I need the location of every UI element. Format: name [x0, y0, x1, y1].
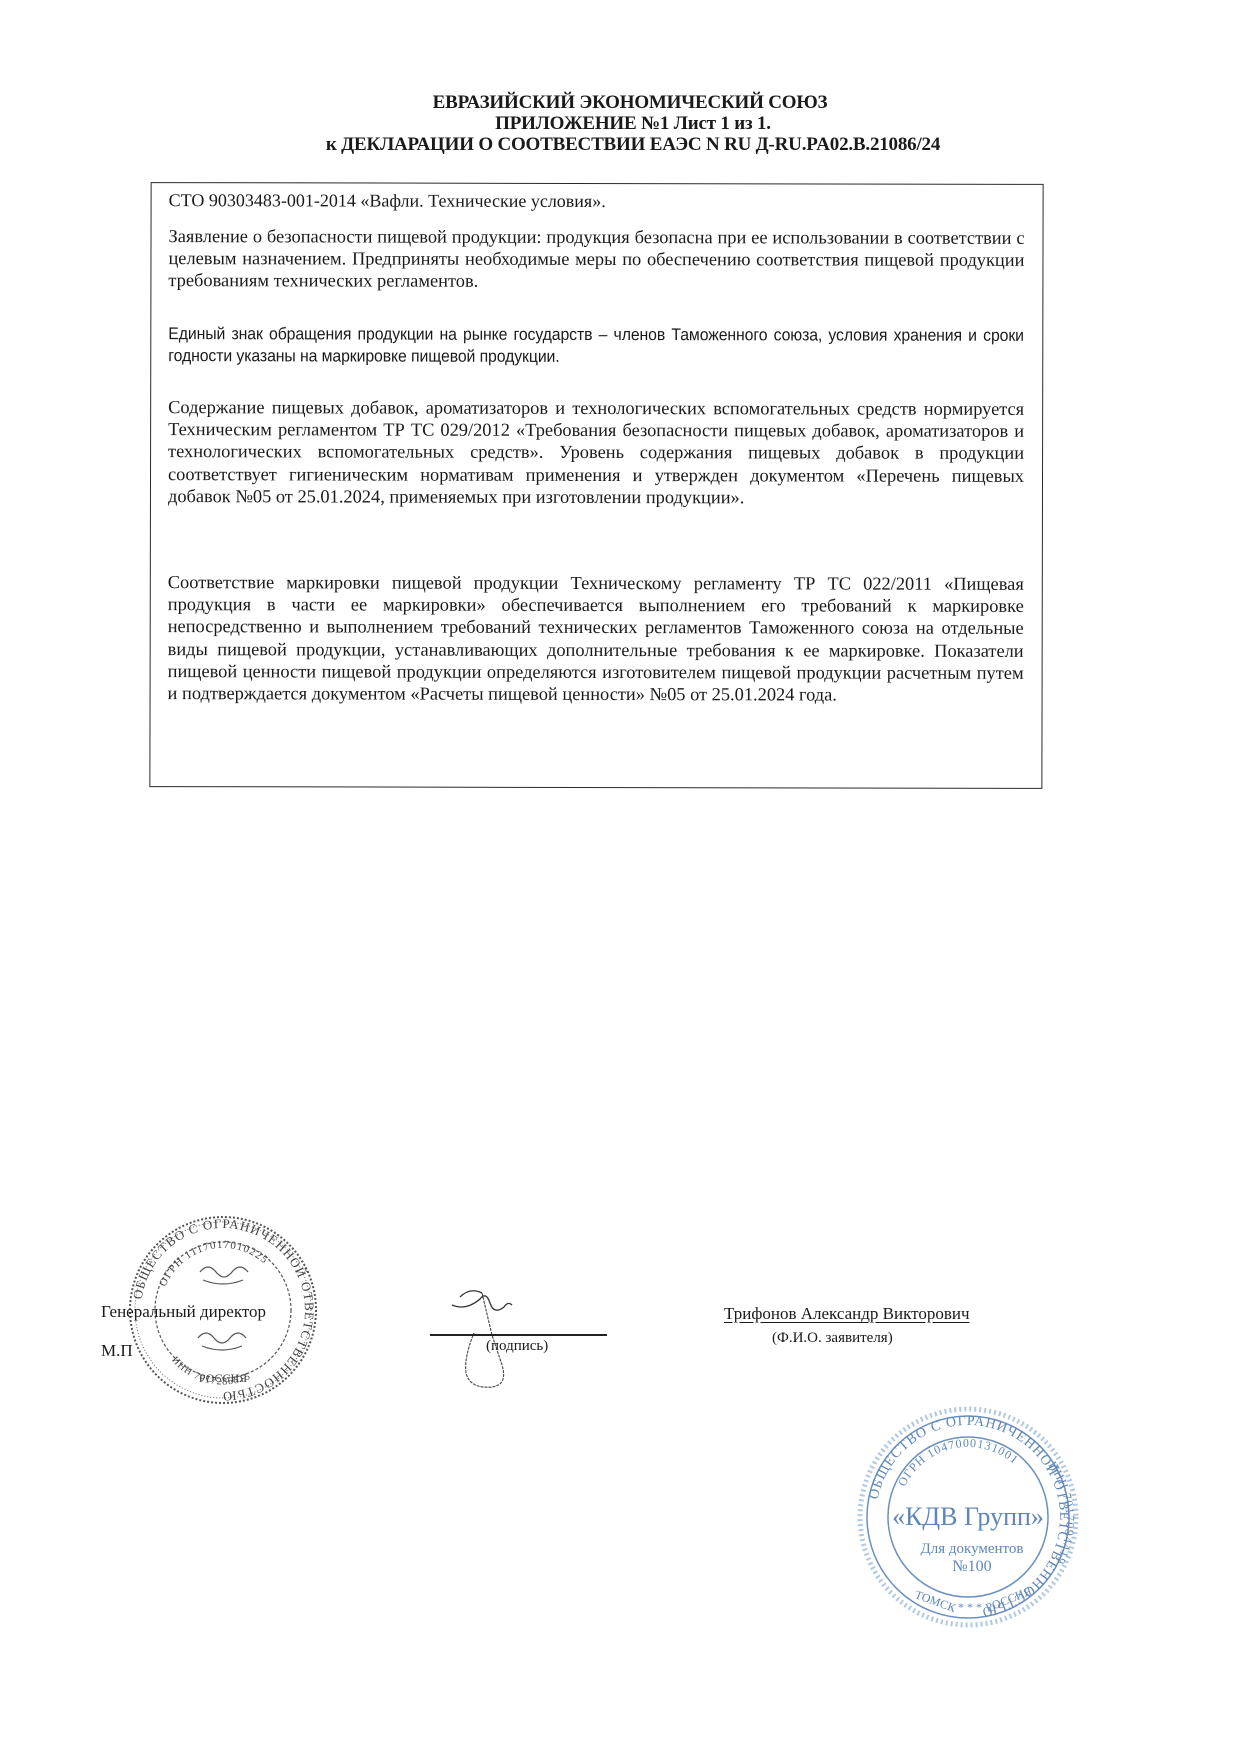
- safety-statement-paragraph: Заявление о безопасности пищевой продукц…: [168, 225, 1024, 293]
- svg-text:* * *: * * *: [958, 1600, 982, 1614]
- circulation-mark-paragraph: Единый знак обращения продукции на рынке…: [168, 323, 1024, 369]
- seal-right-icon: ОБЩЕСТВО С ОГРАНИЧЕННОЙ ОТВЕТСТВЕННОСТЬЮ…: [848, 1405, 1088, 1635]
- signature-caption: (подпись): [486, 1338, 548, 1355]
- svg-text:№100: №100: [952, 1558, 991, 1575]
- signature-line: [430, 1334, 607, 1336]
- signer-role: Генеральный директор: [101, 1302, 266, 1322]
- applicant-caption: (Ф.И.О. заявителя): [772, 1330, 893, 1347]
- declaration-content-box: СТО 90303483-001-2014 «Вафли. Технически…: [149, 182, 1043, 789]
- union-title: ЕВРАЗИЙСКИЙ ЭКОНОМИЧЕСКИЙ СОЮЗ: [20, 92, 1240, 113]
- seal-place-label: М.П: [101, 1341, 133, 1361]
- company-seal-right: ОБЩЕСТВО С ОГРАНИЧЕННОЙ ОТВЕТСТВЕННОСТЬЮ…: [848, 1405, 1088, 1635]
- standard-reference: СТО 90303483-001-2014 «Вафли. Технически…: [169, 189, 606, 212]
- document-header: ЕВРАЗИЙСКИЙ ЭКОНОМИЧЕСКИЙ СОЮЗ ПРИЛОЖЕНИ…: [0, 92, 1240, 155]
- food-additives-paragraph: Содержание пищевых добавок, ароматизатор…: [168, 396, 1024, 509]
- signature-row: Генеральный директор М.П (подпись) Трифо…: [0, 1300, 1240, 1380]
- appendix-title: ПРИЛОЖЕНИЕ №1 Лист 1 из 1.: [26, 113, 1240, 134]
- svg-text:Для документов: Для документов: [921, 1541, 1024, 1557]
- svg-text:«КДВ Групп»: «КДВ Групп»: [892, 1502, 1044, 1531]
- declaration-reference: к ДЕКЛАРАЦИИ О СООТВЕСТВИИ ЕАЭС N RU Д-R…: [26, 134, 1240, 155]
- labeling-compliance-paragraph: Соответствие маркировки пищевой продукци…: [168, 571, 1024, 706]
- applicant-name: Трифонов Александр Викторович: [724, 1304, 970, 1324]
